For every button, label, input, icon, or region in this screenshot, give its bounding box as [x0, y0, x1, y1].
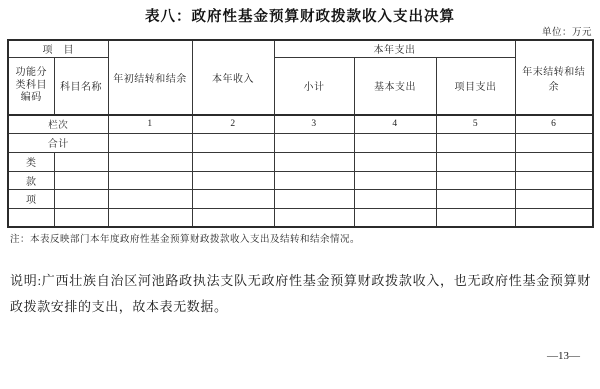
- data-cell: [515, 189, 593, 208]
- data-cell: [436, 133, 515, 152]
- data-cell: [192, 133, 274, 152]
- data-cell: [274, 189, 354, 208]
- header-item-group: 项 目: [8, 40, 108, 57]
- column-index-3: 3: [274, 115, 354, 133]
- data-cell: [54, 171, 108, 189]
- data-cell: [274, 208, 354, 227]
- section-label: 款: [8, 171, 54, 189]
- header-basic-expense: 基本支出: [354, 57, 436, 115]
- header-closing-balance: 年末结转和结余: [515, 40, 593, 115]
- data-cell: [192, 208, 274, 227]
- category-row: 类: [8, 152, 593, 171]
- data-cell: [274, 171, 354, 189]
- data-cell: [8, 208, 54, 227]
- header-subtotal: 小计: [274, 57, 354, 115]
- data-cell: [108, 152, 192, 171]
- column-index-2: 2: [192, 115, 274, 133]
- data-cell: [192, 189, 274, 208]
- header-row-2: 功能分类科目编码 科目名称 小计 基本支出 项目支出: [8, 57, 593, 115]
- data-cell: [354, 152, 436, 171]
- header-row-1: 项 目 年初结转和结余 本年收入 本年支出 年末结转和结余: [8, 40, 593, 57]
- document-page: 表八：政府性基金预算财政拨款收入支出决算 单位：万元 项 目 年初结转和结余 本…: [0, 0, 600, 389]
- page-title: 表八：政府性基金预算财政拨款收入支出决算: [0, 5, 600, 26]
- data-cell: [515, 171, 593, 189]
- total-row: 合计: [8, 133, 593, 152]
- data-cell: [354, 189, 436, 208]
- section-row: 款: [8, 171, 593, 189]
- data-cell: [192, 171, 274, 189]
- header-current-year-expense: 本年支出: [274, 40, 515, 57]
- column-index-1: 1: [108, 115, 192, 133]
- data-cell: [54, 208, 108, 227]
- data-cell: [354, 171, 436, 189]
- data-cell: [54, 152, 108, 171]
- data-cell: [192, 152, 274, 171]
- data-cell: [108, 208, 192, 227]
- page-number: —13—: [547, 350, 580, 362]
- header-opening-balance: 年初结转和结余: [108, 40, 192, 115]
- category-label: 类: [8, 152, 54, 171]
- data-cell: [436, 208, 515, 227]
- data-cell: [108, 171, 192, 189]
- data-cell: [54, 189, 108, 208]
- data-cell: [274, 133, 354, 152]
- remark-text: 说明:广西壮族自治区河池路政执法支队无政府性基金预算财政拨款收入，也无政府性基金…: [10, 268, 591, 320]
- item-label: 项: [8, 189, 54, 208]
- unit-label: 单位：万元: [542, 24, 592, 38]
- header-subject-name: 科目名称: [54, 57, 108, 115]
- header-project-expense: 项目支出: [436, 57, 515, 115]
- blank-row: [8, 208, 593, 227]
- item-row: 项: [8, 189, 593, 208]
- data-cell: [515, 208, 593, 227]
- data-cell: [436, 152, 515, 171]
- data-cell: [108, 133, 192, 152]
- data-cell: [436, 189, 515, 208]
- column-index-row: 栏次 1 2 3 4 5 6: [8, 115, 593, 133]
- column-index-6: 6: [515, 115, 593, 133]
- data-cell: [108, 189, 192, 208]
- table-note: 注：本表反映部门本年度政府性基金预算财政拨款收入支出及结转和结余情况。: [10, 231, 360, 245]
- column-index-4: 4: [354, 115, 436, 133]
- data-cell: [354, 208, 436, 227]
- total-label: 合计: [8, 133, 108, 152]
- data-cell: [354, 133, 436, 152]
- header-func-code: 功能分类科目编码: [8, 57, 54, 115]
- budget-table: 项 目 年初结转和结余 本年收入 本年支出 年末结转和结余 功能分类科目编码 科…: [7, 39, 594, 228]
- header-current-year-income: 本年收入: [192, 40, 274, 115]
- data-cell: [436, 171, 515, 189]
- data-cell: [515, 152, 593, 171]
- column-index-label: 栏次: [8, 115, 108, 133]
- data-cell: [274, 152, 354, 171]
- column-index-5: 5: [436, 115, 515, 133]
- data-cell: [515, 133, 593, 152]
